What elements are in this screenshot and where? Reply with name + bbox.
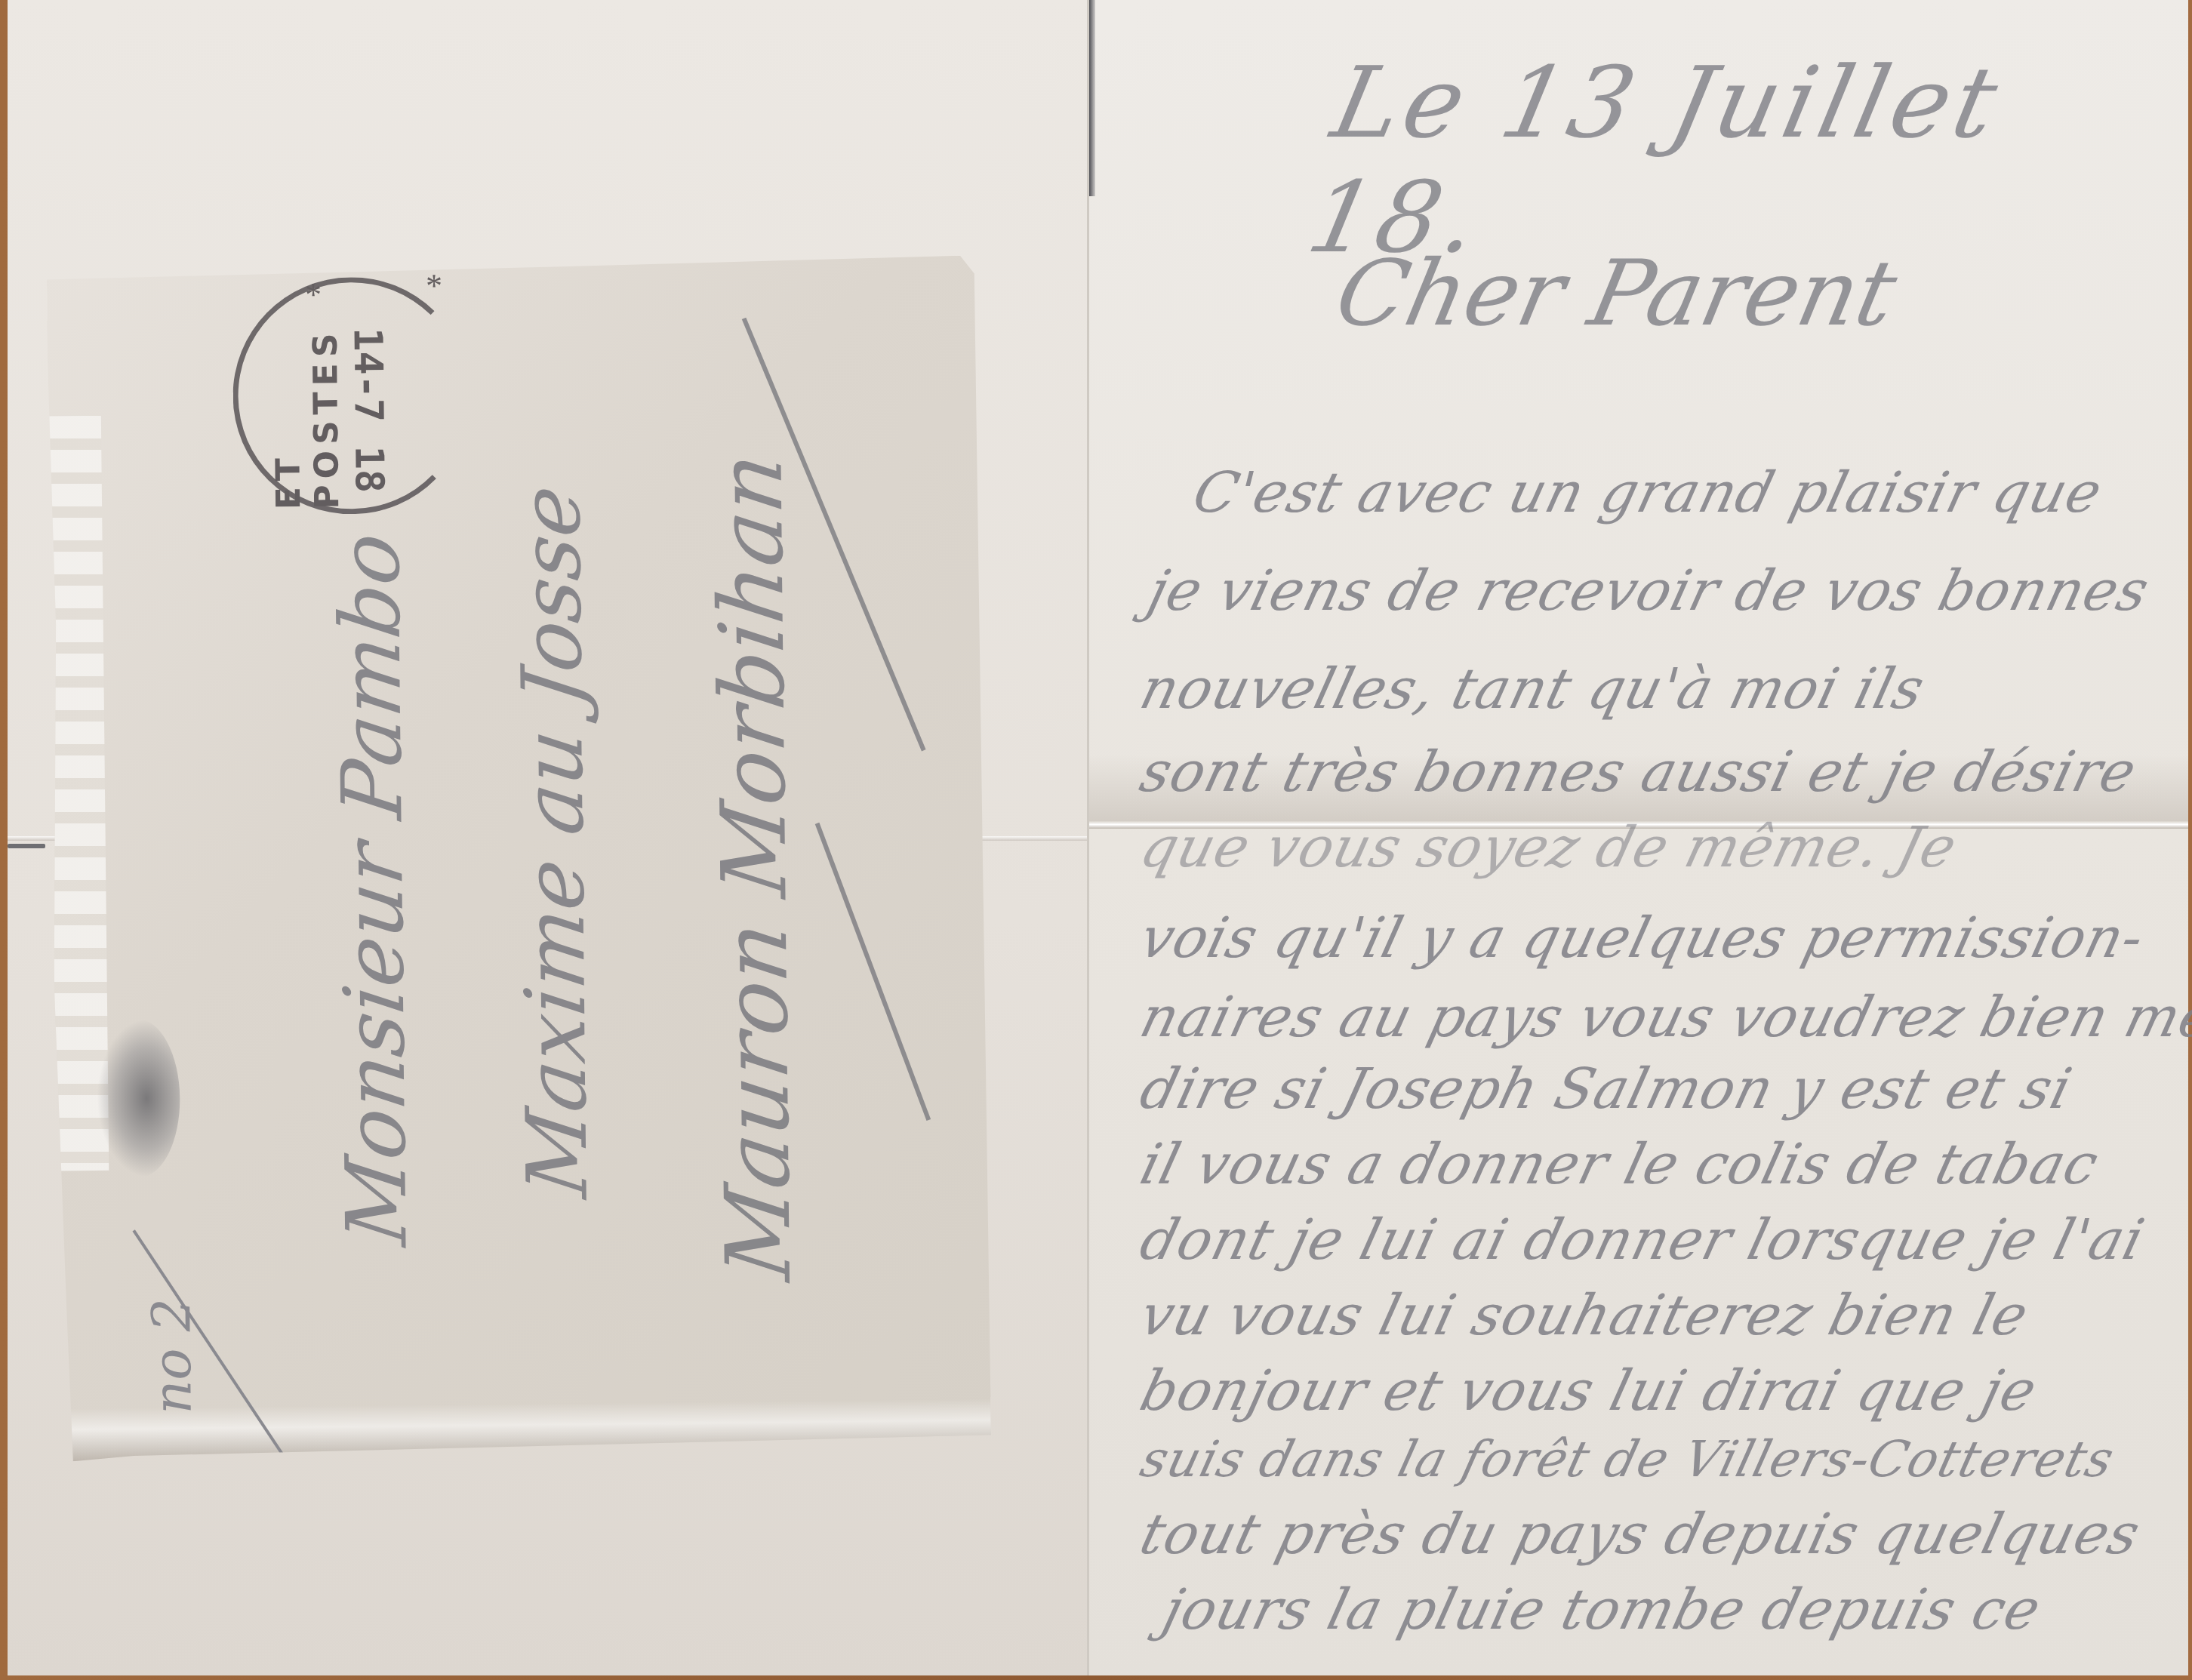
letter-line: suis dans la forêt de Villers-Cotterets xyxy=(1134,1430,2120,1488)
letter-salutation: Cher Parent xyxy=(1327,242,1905,346)
postmark-stamp: ET POSTES 14-7 18 * * xyxy=(232,276,471,515)
postmark-date: 14-7 18 xyxy=(343,328,393,494)
address-line-town: Mauron Morbihan xyxy=(697,448,811,1285)
letter-line: jours la pluie tombe depuis ce xyxy=(1156,1577,2047,1642)
star-icon: * xyxy=(426,266,443,305)
letter-page: Le 13 Juillet 18. Cher Parent C'est avec… xyxy=(1087,0,2188,1675)
letter-line: dire si Joseph Salmon y est et si xyxy=(1134,1057,2078,1122)
star-icon: * xyxy=(305,275,322,314)
envelope: ET POSTES 14-7 18 * * Monsieur Pambo Max… xyxy=(47,256,992,1462)
letter-line: dont je lui ai donner lorsque je l'ai xyxy=(1134,1208,2150,1272)
page-edge-shadow xyxy=(1089,0,1095,196)
address-line-place: Maxime au Josse xyxy=(502,480,606,1202)
address-flourish-line xyxy=(815,823,931,1121)
ink-smudge xyxy=(96,1019,180,1178)
letter-line: que vous soyez de même. Je xyxy=(1134,815,1963,880)
letter-line: sont très bonnes aussi et je désire xyxy=(1134,740,2143,805)
postmark-day-month: 14-7 xyxy=(345,328,391,423)
letter-line: C'est avec un grand plaisir que xyxy=(1187,460,2109,525)
postmark-ring-text: ET POSTES xyxy=(267,297,346,509)
letter-date: Le 13 Juillet 18. xyxy=(1299,45,2192,275)
photograph: Le 13 Juillet 18. Cher Parent C'est avec… xyxy=(0,0,2192,1680)
letter-line: nouvelles, tant qu'à moi ils xyxy=(1134,657,1931,722)
postmark-prefix: ET xyxy=(269,452,308,510)
postmark-year: 18 xyxy=(346,445,392,493)
letter-line: vois qu'il y a quelques permission- xyxy=(1134,906,2150,971)
address-line-recipient: Monsieur Pambo xyxy=(321,528,425,1250)
letter-line: naires au pays vous voudrez bien me xyxy=(1134,985,2192,1050)
letter-line: tout près du pays depuis quelques xyxy=(1134,1502,2147,1567)
letter-line: je viens de recevoir de vos bonnes xyxy=(1141,558,2156,623)
letter-line: vu vous lui souhaiterez bien le xyxy=(1134,1283,2035,1348)
letter-line: il vous a donner le colis de tabac xyxy=(1134,1132,2105,1197)
fold-pencil-mark xyxy=(8,844,45,848)
letter-line: bonjour et vous lui dirai que je xyxy=(1134,1358,2043,1423)
corner-annotation: no 2 xyxy=(140,1297,204,1414)
postmark-label: POSTES xyxy=(306,327,347,509)
